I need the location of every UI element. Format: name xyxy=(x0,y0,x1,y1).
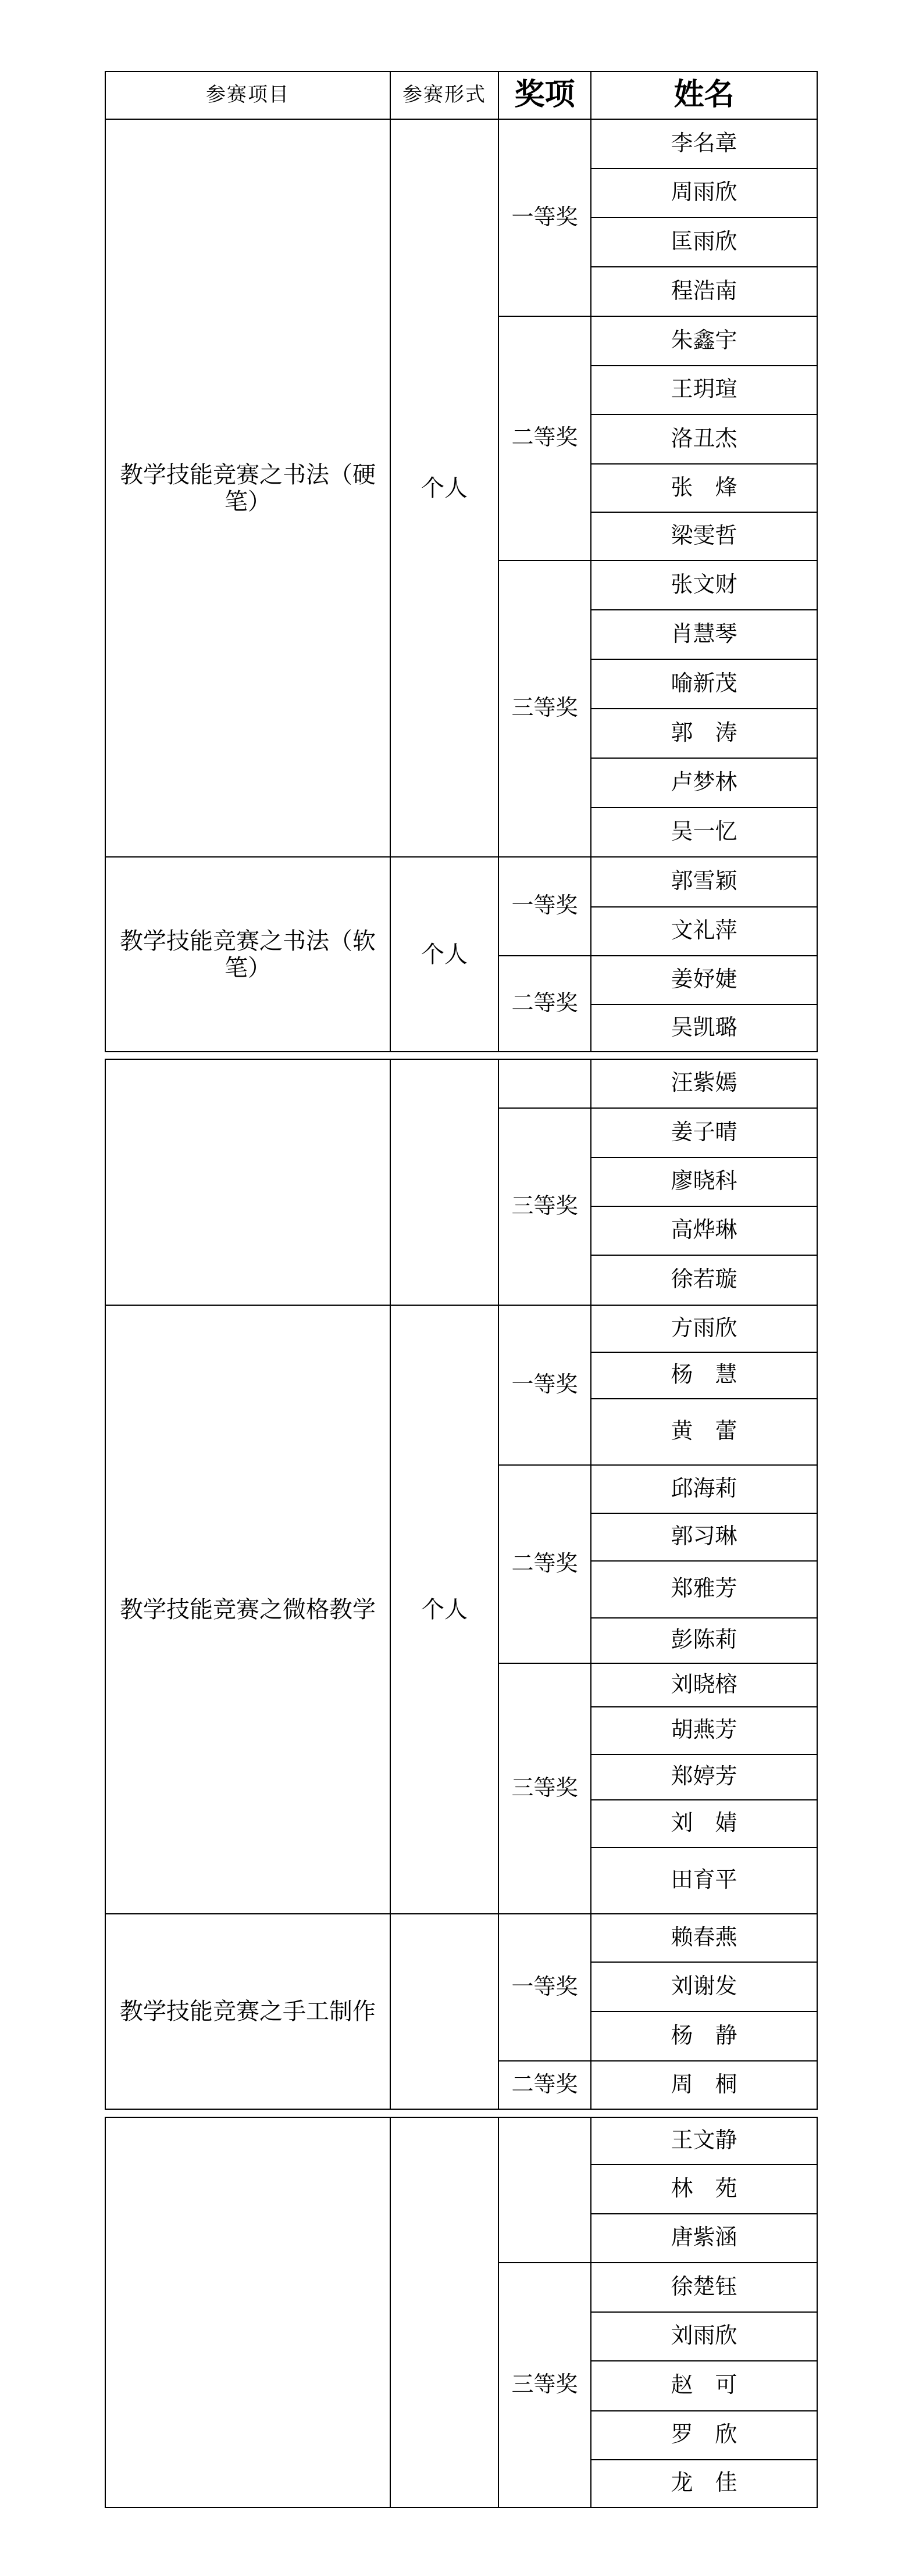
name-cell: 李名章 xyxy=(591,119,817,169)
name-cell: 徐楚钰 xyxy=(591,2263,817,2312)
name-cell: 朱鑫宇 xyxy=(591,316,817,366)
col-header-award: 奖项 xyxy=(498,72,591,119)
name-cell: 刘谢发 xyxy=(591,1962,817,2012)
name-cell: 王玥瑄 xyxy=(591,366,817,415)
award-label-cell: 一等奖 xyxy=(498,119,591,316)
name-cell: 郑雅芳 xyxy=(591,1561,817,1618)
col-header-project: 参赛项目 xyxy=(105,72,390,119)
name-cell: 刘 婧 xyxy=(591,1800,817,1848)
form-cell xyxy=(390,1914,498,2109)
award-label-cell: 二等奖 xyxy=(498,2061,591,2109)
form-cell: 个人 xyxy=(390,1305,498,1914)
award-cell-continued xyxy=(498,2117,591,2263)
name-cell: 吴凯璐 xyxy=(591,1005,817,1052)
name-cell: 汪紫嫣 xyxy=(591,1059,817,1108)
name-cell: 赵 可 xyxy=(591,2361,817,2411)
name-cell: 方雨欣 xyxy=(591,1305,817,1352)
name-cell: 赖春燕 xyxy=(591,1914,817,1962)
project-cell: 教学技能竞赛之书法（软笔） xyxy=(105,857,390,1052)
name-cell: 刘雨欣 xyxy=(591,2312,817,2361)
name-cell: 周 桐 xyxy=(591,2061,817,2109)
name-cell: 姜子晴 xyxy=(591,1108,817,1157)
name-cell: 龙 佳 xyxy=(591,2460,817,2507)
form-cell-continued xyxy=(390,2117,498,2507)
name-cell: 田育平 xyxy=(591,1848,817,1914)
col-header-name: 姓名 xyxy=(591,72,817,119)
project-cell-continued xyxy=(105,1059,390,1305)
award-label-cell: 三等奖 xyxy=(498,2263,591,2507)
name-cell: 匡雨欣 xyxy=(591,217,817,267)
name-cell: 郑婷芳 xyxy=(591,1755,817,1800)
awards-table-segment-3: 王文静 林 苑 唐紫涵 三等奖 徐楚钰 刘雨欣 赵 可 罗 欣 龙 佳 xyxy=(105,2117,818,2508)
award-label-cell: 二等奖 xyxy=(498,956,591,1052)
award-label-cell: 三等奖 xyxy=(498,1108,591,1305)
name-cell: 肖慧琴 xyxy=(591,610,817,659)
award-label-cell: 一等奖 xyxy=(498,1305,591,1465)
award-label-cell: 三等奖 xyxy=(498,1663,591,1914)
name-cell: 杨 静 xyxy=(591,2012,817,2061)
project-cell: 教学技能竞赛之微格教学 xyxy=(105,1305,390,1914)
name-cell: 卢梦林 xyxy=(591,758,817,808)
award-label-cell: 二等奖 xyxy=(498,1465,591,1663)
name-cell: 周雨欣 xyxy=(591,169,817,217)
project-cell-continued xyxy=(105,2117,390,2507)
name-cell: 姜妤婕 xyxy=(591,956,817,1005)
name-cell: 胡燕芳 xyxy=(591,1707,817,1755)
name-cell: 程浩南 xyxy=(591,267,817,316)
name-cell: 喻新茂 xyxy=(591,659,817,709)
form-cell-continued xyxy=(390,1059,498,1305)
name-cell: 梁雯哲 xyxy=(591,512,817,560)
form-cell: 个人 xyxy=(390,857,498,1052)
name-cell: 杨 慧 xyxy=(591,1352,817,1399)
award-cell-continued xyxy=(498,1059,591,1108)
award-label-cell: 三等奖 xyxy=(498,560,591,857)
awards-table-segment-1: 参赛项目 参赛形式 奖项 姓名 教学技能竞赛之书法（硬笔） 个人 一等奖 李名章… xyxy=(105,71,818,1052)
name-cell: 文礼萍 xyxy=(591,907,817,956)
name-cell: 张文财 xyxy=(591,560,817,610)
document-page: 参赛项目 参赛形式 奖项 姓名 教学技能竞赛之书法（硬笔） 个人 一等奖 李名章… xyxy=(0,0,923,2576)
name-cell: 郭习琳 xyxy=(591,1513,817,1561)
award-label-cell: 一等奖 xyxy=(498,1914,591,2061)
name-cell: 刘晓榕 xyxy=(591,1663,817,1707)
name-cell: 廖晓科 xyxy=(591,1157,817,1206)
name-cell: 林 苑 xyxy=(591,2164,817,2214)
name-cell: 彭陈莉 xyxy=(591,1618,817,1663)
awards-table-segment-2: 汪紫嫣 三等奖 姜子晴 廖晓科 高烨琳 徐若璇 教学技能竞赛之微格教学 个人 一… xyxy=(105,1059,818,2110)
award-label-cell: 二等奖 xyxy=(498,316,591,560)
name-cell: 吴一忆 xyxy=(591,808,817,857)
name-cell: 王文静 xyxy=(591,2117,817,2164)
award-label-cell: 一等奖 xyxy=(498,857,591,956)
name-cell: 张 烽 xyxy=(591,464,817,512)
name-cell: 黄 蕾 xyxy=(591,1399,817,1465)
name-cell: 罗 欣 xyxy=(591,2411,817,2460)
name-cell: 高烨琳 xyxy=(591,1206,817,1255)
form-cell: 个人 xyxy=(390,119,498,857)
name-cell: 唐紫涵 xyxy=(591,2214,817,2263)
project-cell: 教学技能竞赛之手工制作 xyxy=(105,1914,390,2109)
project-cell: 教学技能竞赛之书法（硬笔） xyxy=(105,119,390,857)
name-cell: 邱海莉 xyxy=(591,1465,817,1513)
col-header-form: 参赛形式 xyxy=(390,72,498,119)
name-cell: 郭雪颖 xyxy=(591,857,817,907)
name-cell: 洛丑杰 xyxy=(591,415,817,464)
name-cell: 徐若璇 xyxy=(591,1255,817,1305)
name-cell: 郭 涛 xyxy=(591,709,817,758)
